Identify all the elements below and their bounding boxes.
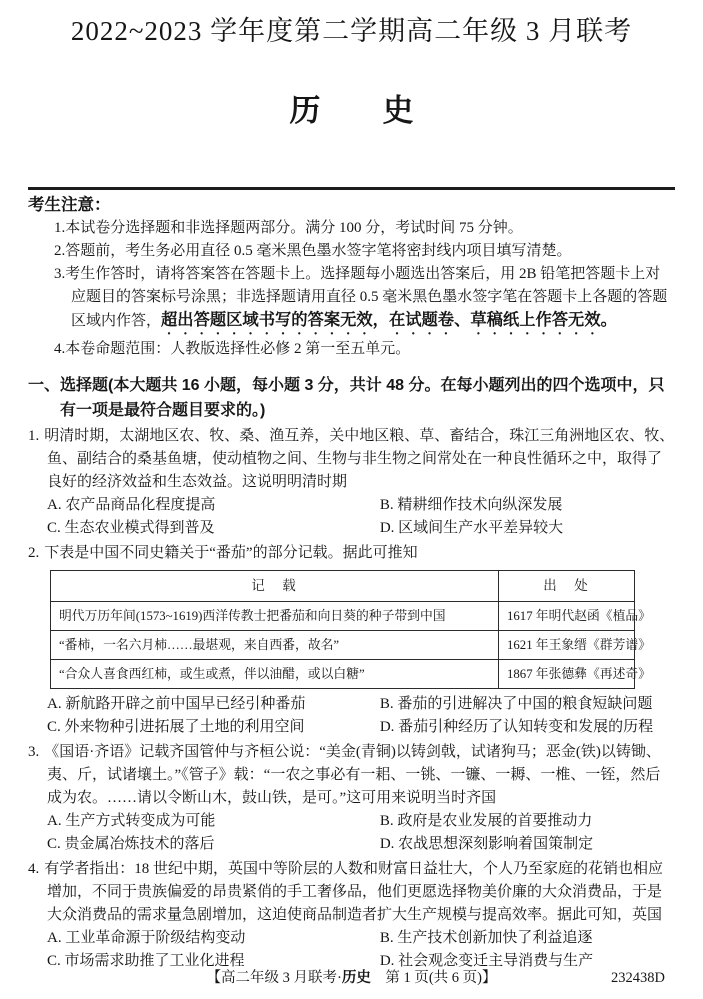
option-d: D. 番茄引种经历了认知转变和发展的历程 xyxy=(380,716,675,739)
footer-prefix: 【高二年级 3 月联考· xyxy=(207,970,342,986)
table-cell-source: 1617 年明代赵函《植品》 xyxy=(499,602,635,631)
footer-subject: 历史 xyxy=(342,970,371,986)
option-d: D. 农战思想深刻影响着国策制定 xyxy=(380,833,675,856)
question-stem-text: 有学者指出：18 世纪中期，英国中等阶层的人数和财富日益壮大，个人乃至家庭的花销… xyxy=(44,861,663,923)
table-cell-record: 明代万历年间(1573~1619)西洋传教士把番茄和向日葵的种子带到中国 xyxy=(51,602,499,631)
exam-subject: 历 史 xyxy=(28,92,675,130)
table-row: “番柿，一名六月柿……最堪观，来自西番，故名” 1621 年王象缙《群芳谱》 xyxy=(51,631,635,660)
option-a: A. 新航路开辟之前中国早已经引种番茄 xyxy=(47,693,380,716)
page-footer: 【高二年级 3 月联考·历史 第 1 页(共 6 页)】 232438D xyxy=(0,968,703,988)
question-number: 4. xyxy=(28,861,39,877)
option-b: B. 番茄的引进解决了中国的粮食短缺问题 xyxy=(380,693,675,716)
table-header-source: 出 处 xyxy=(499,571,635,602)
records-table: 记 载 出 处 明代万历年间(1573~1619)西洋传教士把番茄和向日葵的种子… xyxy=(50,570,635,689)
option-b: B. 精耕细作技术向纵深发展 xyxy=(380,494,675,517)
question-1: 1.明清时期，太湖地区农、牧、桑、渔互养，关中地区粮、草、畜结合，珠江三角洲地区… xyxy=(28,425,675,540)
exam-page: 2022~2023 学年度第二学期高二年级 3 月联考 历 史 考生注意： 1.… xyxy=(0,0,703,999)
question-3: 3.《国语·齐语》记载齐国管仲与齐桓公说：“美金(青铜)以铸剑戟，试诸狗马；恶金… xyxy=(28,741,675,856)
question-4: 4.有学者指出：18 世纪中期，英国中等阶层的人数和财富日益壮大，个人乃至家庭的… xyxy=(28,858,675,973)
table-row: “合众人喜食西红柿，或生或煮，伴以油醋，或以白糖” 1867 年张德彝《再述奇》 xyxy=(51,660,635,689)
exam-title: 2022~2023 学年度第二学期高二年级 3 月联考 xyxy=(28,0,675,48)
question-2: 2.下表是中国不同史籍关于“番茄”的部分记载。据此可推知 记 载 出 处 明代万… xyxy=(28,542,675,739)
notice-item-4: 4.本卷命题范围：人教版选择性必修 2 第一至五单元。 xyxy=(54,338,675,361)
option-b: B. 生产技术创新加快了利益追逐 xyxy=(380,927,675,950)
section-heading: 一、选择题(本大题共 16 小题，每小题 3 分，共计 48 分。在每小题列出的… xyxy=(28,373,675,423)
question-1-options: A. 农产品商品化程度提高 B. 精耕细作技术向纵深发展 C. 生态农业模式得到… xyxy=(47,494,675,540)
question-number: 3. xyxy=(28,744,39,760)
option-a: A. 农产品商品化程度提高 xyxy=(47,494,380,517)
table-header-row: 记 载 出 处 xyxy=(51,571,635,602)
table-header-record: 记 载 xyxy=(51,571,499,602)
option-a: A. 生产方式转变成为可能 xyxy=(47,810,380,833)
option-c: C. 生态农业模式得到普及 xyxy=(47,517,380,540)
question-3-options: A. 生产方式转变成为可能 B. 政府是农业发展的首要推动力 C. 贵金属冶炼技… xyxy=(47,810,675,856)
notice-item-2: 2.答题前，考生务必用直径 0.5 毫米黑色墨水签字笔将密封线内项目填写清楚。 xyxy=(54,240,675,263)
question-stem-text: 明清时期，太湖地区农、牧、桑、渔互养，关中地区粮、草、畜结合，珠江三角洲地区农、… xyxy=(44,428,674,490)
paper-code: 232438D xyxy=(611,968,665,988)
option-b: B. 政府是农业发展的首要推动力 xyxy=(380,810,675,833)
question-1-stem: 1.明清时期，太湖地区农、牧、桑、渔互养，关中地区粮、草、畜结合，珠江三角洲地区… xyxy=(28,425,675,494)
question-2-options: A. 新航路开辟之前中国早已经引种番茄 B. 番茄的引进解决了中国的粮食短缺问题… xyxy=(47,693,675,739)
table-row: 明代万历年间(1573~1619)西洋传教士把番茄和向日葵的种子带到中国 161… xyxy=(51,602,635,631)
question-number: 1. xyxy=(28,428,39,444)
double-rule-divider xyxy=(28,187,675,190)
table-cell-source: 1867 年张德彝《再述奇》 xyxy=(499,660,635,689)
footer-page-info: 第 1 页(共 6 页)】 xyxy=(371,970,497,986)
question-3-stem: 3.《国语·齐语》记载齐国管仲与齐桓公说：“美金(青铜)以铸剑戟，试诸狗马；恶金… xyxy=(28,741,675,810)
option-a: A. 工业革命源于阶级结构变动 xyxy=(47,927,380,950)
table-cell-record: “番柿，一名六月柿……最堪观，来自西番，故名” xyxy=(51,631,499,660)
table-cell-record: “合众人喜食西红柿，或生或煮，伴以油醋，或以白糖” xyxy=(51,660,499,689)
option-c: C. 贵金属冶炼技术的落后 xyxy=(47,833,380,856)
notice-heading: 考生注意： xyxy=(28,193,675,217)
question-stem-text: 《国语·齐语》记载齐国管仲与齐桓公说：“美金(青铜)以铸剑戟，试诸狗马；恶金(铁… xyxy=(44,744,661,806)
question-4-options: A. 工业革命源于阶级结构变动 B. 生产技术创新加快了利益追逐 C. 市场需求… xyxy=(47,927,675,973)
table-cell-source: 1621 年王象缙《群芳谱》 xyxy=(499,631,635,660)
option-d: D. 区域间生产水平差异较大 xyxy=(380,517,675,540)
question-4-stem: 4.有学者指出：18 世纪中期，英国中等阶层的人数和财富日益壮大，个人乃至家庭的… xyxy=(28,858,675,927)
question-number: 2. xyxy=(28,545,39,561)
notice-item-3: 3.考生作答时，请将答案答在答题卡上。选择题每小题选出答案后，用 2B 铅笔把答… xyxy=(54,263,675,338)
notice-item-3-emphasis: 超出答题区域书写的答案无效，在试题卷、草稿纸上作答无效。 xyxy=(161,311,617,329)
question-stem-text: 下表是中国不同史籍关于“番茄”的部分记载。据此可推知 xyxy=(44,545,417,561)
question-2-stem: 2.下表是中国不同史籍关于“番茄”的部分记载。据此可推知 xyxy=(28,542,675,565)
option-c: C. 外来物种引进拓展了土地的利用空间 xyxy=(47,716,380,739)
notice-item-1: 1.本试卷分选择题和非选择题两部分。满分 100 分，考试时间 75 分钟。 xyxy=(54,217,675,240)
